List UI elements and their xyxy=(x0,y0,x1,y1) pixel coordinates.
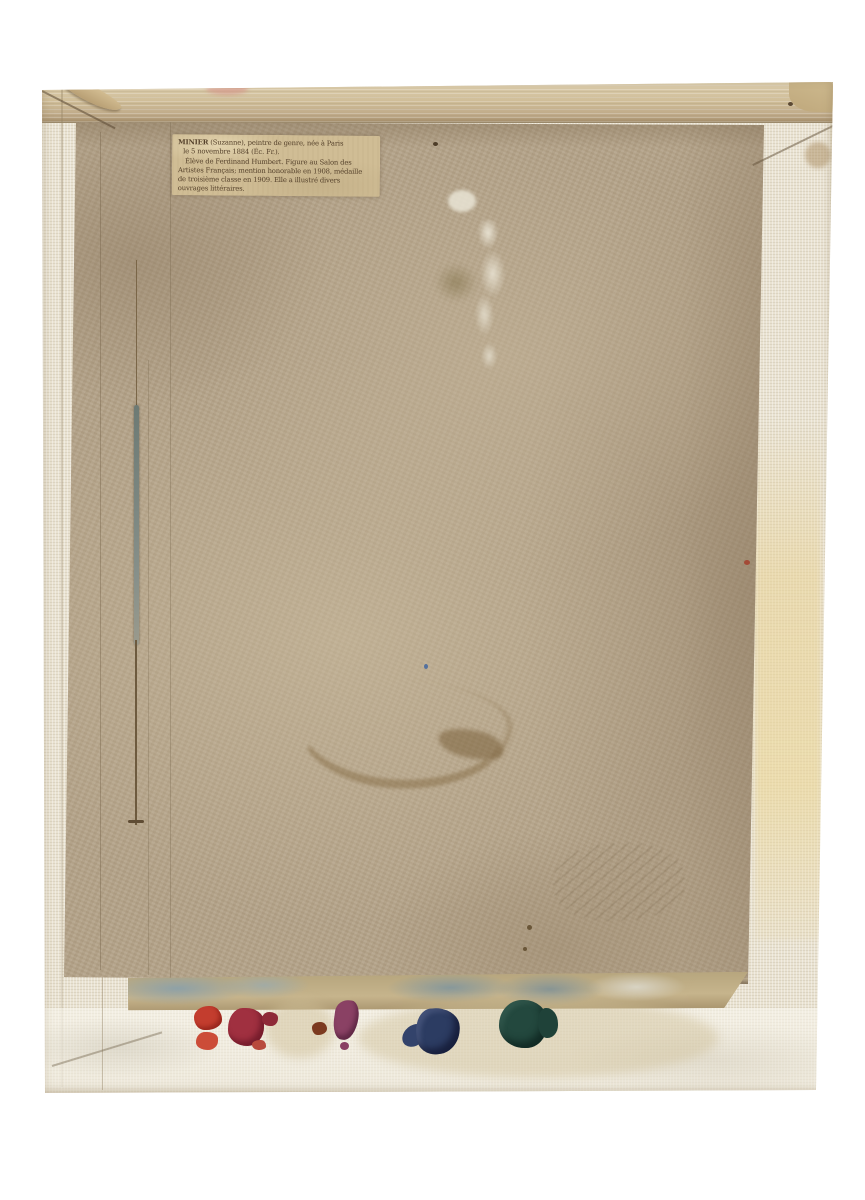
clipping-line: ouvrages littéraires. xyxy=(178,185,375,196)
photograph-canvas-verso: MINIER (Suzanne), peintre de genre, née … xyxy=(0,0,865,1200)
top-stretcher-bar xyxy=(40,80,835,123)
paint-daub-vermilion xyxy=(196,1032,218,1050)
paper-tear-crack xyxy=(135,640,137,825)
paint-daub-purple xyxy=(340,1042,349,1050)
paint-daub-crimson xyxy=(262,1012,278,1026)
dark-speck xyxy=(527,925,532,930)
artist-name: MINIER xyxy=(178,138,208,146)
paper-crease xyxy=(170,122,171,978)
paper-tear-mark xyxy=(128,820,144,823)
dark-speck xyxy=(433,142,438,146)
top-right-stain xyxy=(805,142,831,168)
left-canvas-fold-line xyxy=(61,86,63,1087)
paper-torn-slit xyxy=(134,405,139,645)
backing-paper: MINIER (Suzanne), peintre de genre, née … xyxy=(64,120,766,984)
painting-back: MINIER (Suzanne), peintre de genre, née … xyxy=(40,80,835,1095)
paint-daub-green xyxy=(538,1008,558,1038)
press-clipping-label: MINIER (Suzanne), peintre de genre, née … xyxy=(172,134,381,197)
clipping-line-text: (Suzanne), peintre de genre, née à Paris xyxy=(208,138,343,147)
bottom-left-seam xyxy=(102,960,103,1090)
paper-crease xyxy=(100,132,101,970)
scratch-marks xyxy=(551,840,687,925)
paper-tear-crack xyxy=(136,260,137,410)
yellow-stain-right-edge xyxy=(755,420,821,940)
red-speck xyxy=(744,560,750,565)
dark-speck xyxy=(523,947,527,951)
white-paint-blob xyxy=(448,190,476,212)
olive-smudge xyxy=(426,255,486,310)
blue-speck xyxy=(424,664,428,669)
paint-daub-vermilion xyxy=(194,1006,222,1030)
paint-daub-vermilion xyxy=(252,1040,266,1050)
paper-crease xyxy=(148,360,149,975)
paper-right-shadow xyxy=(681,120,766,984)
pink-paint-smudge xyxy=(206,82,248,95)
